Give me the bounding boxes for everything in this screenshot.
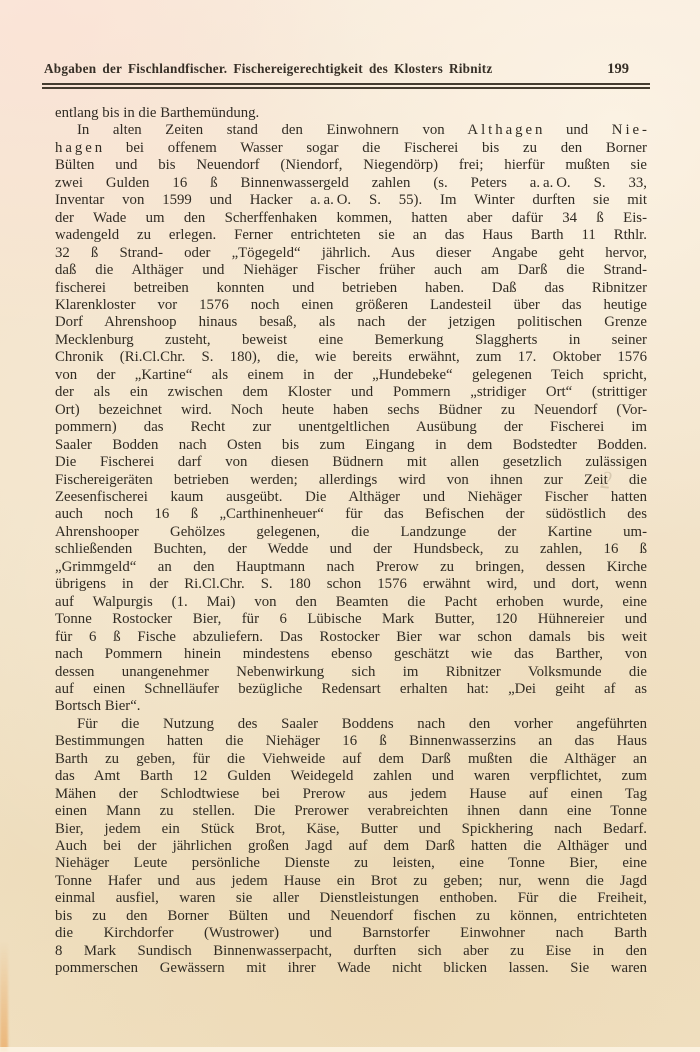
scan-edge-artifact-left: [0, 942, 8, 1052]
text-line: Niehäger Leute persönliche Dienste zu le…: [55, 855, 647, 872]
text-line: der als ein zwischen dem Kloster und Pom…: [55, 384, 647, 401]
text-line: schließenden Buchten, der Wedde und der …: [55, 541, 647, 558]
text-line: In alten Zeiten stand den Einwohnern von…: [55, 122, 647, 139]
text-line: die Kirchdorfer (Wustrower) und Barnstor…: [55, 925, 647, 942]
text-line: Auch bei der jährlichen großen Jagd auf …: [55, 838, 647, 855]
body-text: entlang bis in die Barthemündung.In alte…: [55, 105, 647, 978]
text-line: Dorf Ahrenshoop hinaus besaß, als nach d…: [55, 314, 647, 331]
text-line: Inventar von 1599 und Hacker a. a. O. S.…: [55, 192, 647, 209]
text-line: Die Fischerei darf von diesen Büdnern mi…: [55, 454, 647, 471]
text-line: von der „Kartine“ als einem in der „Hund…: [55, 367, 647, 384]
text-line: auf Walpurgis (1. Mai) von den Beamten d…: [55, 594, 647, 611]
book-page: Abgaben der Fischlandfischer. Fischereig…: [0, 0, 700, 1052]
text-line: Ahrenshooper Gehölzes gelegenen, die Lan…: [55, 524, 647, 541]
text-line: dessen unangenehmer Nebenwirkung sich im…: [55, 664, 647, 681]
text-line: zwei Gulden 16 ß Binnenwassergeld zahlen…: [55, 175, 647, 192]
text-line: für 6 ß Fische abzuliefern. Das Rostocke…: [55, 629, 647, 646]
text-line: Tonne Hafer und aus jedem Hause ein Brot…: [55, 873, 647, 890]
text-line: pommerschen Gewässern mit ihrer Wade nic…: [55, 960, 647, 977]
text-line: das Amt Barth 12 Gulden Weidegeld zahlen…: [55, 768, 647, 785]
header-rule-bottom: [42, 87, 650, 89]
text-line: 32 ß Strand- oder „Tögegeld“ jährlich. A…: [55, 245, 647, 262]
text-line: Fischereigeräten betrieben werden; aller…: [55, 472, 647, 489]
text-line: wadengeld zu erlegen. Ferner entrichtete…: [55, 227, 647, 244]
text-line: Zeesenfischerei kaum ausgeübt. Die Althä…: [55, 489, 647, 506]
text-line: „Grimmgeld“ an den Hauptmann nach Prerow…: [55, 559, 647, 576]
text-line: Bortsch Bier“.: [55, 698, 647, 715]
text-line: bis zu den Borner Bülten und Neuendorf f…: [55, 908, 647, 925]
header-rule-top: [42, 83, 650, 85]
text-line: entlang bis in die Barthemündung.: [55, 105, 647, 122]
text-line: nach Pommern hinein mindestens ebenso ge…: [55, 646, 647, 663]
text-line: Bier, jedem ein Stück Brot, Käse, Butter…: [55, 821, 647, 838]
header-double-rule: [42, 83, 650, 89]
text-line: einmal ausfiel, waren sie aller Dienstle…: [55, 890, 647, 907]
text-line: 8 Mark Sundisch Binnenwasserpacht, durft…: [55, 943, 647, 960]
text-line: h a g e n bei offenem Wasser sogar die F…: [55, 140, 647, 157]
text-line: Saaler Bodden nach Osten bis zum Eingang…: [55, 437, 647, 454]
running-head: Abgaben der Fischlandfischer. Fischereig…: [44, 61, 650, 78]
text-line: daß die Althäger und Niehäger Fischer fr…: [55, 262, 647, 279]
text-line: auf einen Schnelläufer bezügliche Redens…: [55, 681, 647, 698]
text-line: Barth zu geben, für die Viehweide auf de…: [55, 751, 647, 768]
text-line: fischerei betreiben konnten und betriebe…: [55, 280, 647, 297]
text-line: pommern) das Recht zur unentgeltlichen A…: [55, 419, 647, 436]
text-line: Mähen der Schlodtwiese bei Prerow aus je…: [55, 786, 647, 803]
page-number: 199: [607, 61, 650, 78]
text-line: Tonne Rostocker Bier, für 6 Lübische Mar…: [55, 611, 647, 628]
text-line: Ort) bezeichnet wird. Noch heute haben s…: [55, 402, 647, 419]
text-line: auch noch 16 ß „Carthinenheuer“ für das …: [55, 506, 647, 523]
text-line: Bülten und bis Neuendorf (Niendorf, Nieg…: [55, 157, 647, 174]
text-line: einen Mann zu stellen. Die Prerower vera…: [55, 803, 647, 820]
text-line: übrigens in der Ri.Cl.Chr. S. 180 schon …: [55, 576, 647, 593]
scan-edge-artifact-bottom: [0, 1047, 700, 1052]
text-line: Für die Nutzung des Saaler Boddens nach …: [55, 716, 647, 733]
text-line: Klarenkloster vor 1576 noch einen größer…: [55, 297, 647, 314]
text-line: Mecklenburg zusteht, beweist eine Bemerk…: [55, 332, 647, 349]
text-line: der Wade um den Scherffenhaken kommen, h…: [55, 210, 647, 227]
running-head-title: Abgaben der Fischlandfischer. Fischereig…: [44, 61, 493, 77]
text-line: Bestimmungen hatten die Niehäger 16 ß Bi…: [55, 733, 647, 750]
text-line: Chronik (Ri.Cl.Chr. S. 180), die, wie be…: [55, 349, 647, 366]
